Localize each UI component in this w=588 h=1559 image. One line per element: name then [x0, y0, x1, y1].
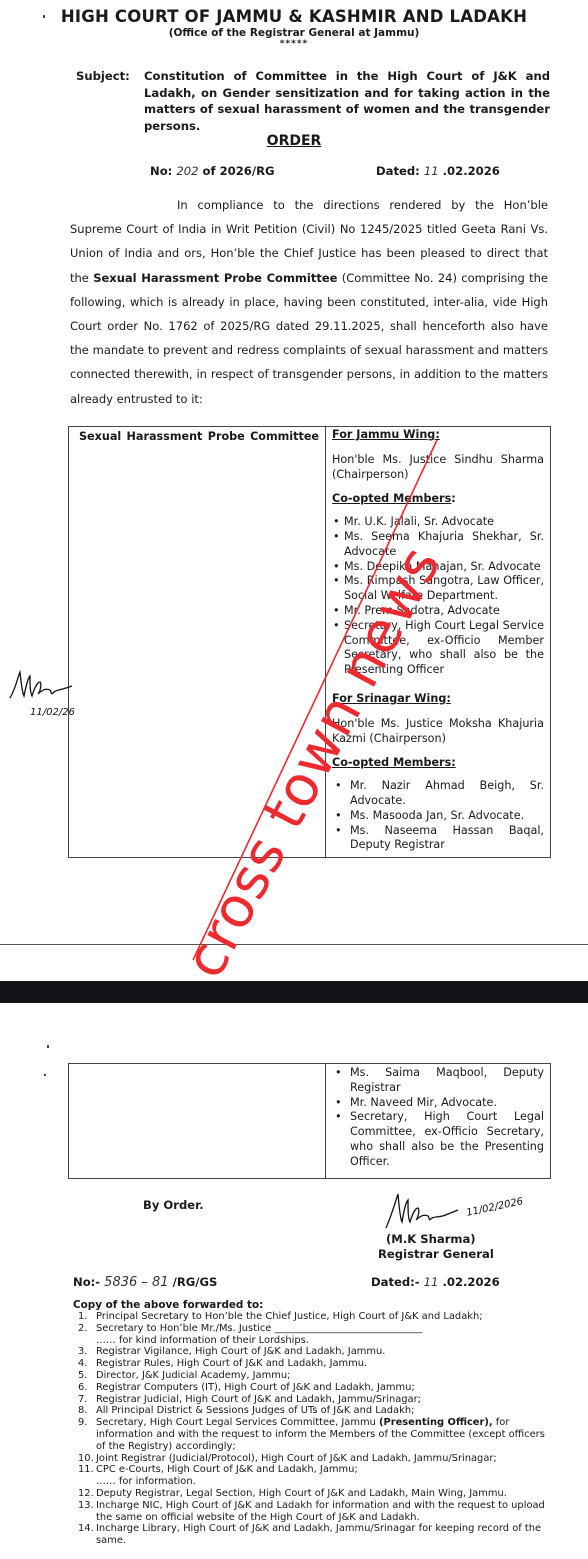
copy-recipient: …… for information. [76, 1476, 556, 1488]
copy-recipient-number: 10. [78, 1453, 94, 1465]
copy-recipient-number: 12. [78, 1488, 94, 1500]
endorsement-date: Dated:- 11 .02.2026 [371, 1275, 500, 1289]
copy-forwarded-heading: Copy of the above forwarded to: [73, 1299, 263, 1311]
copy-recipient: 8.All Principal District & Sessions Judg… [76, 1405, 556, 1417]
committee-name: Sexual Harassment Probe Committee [79, 429, 319, 444]
copy-recipient: 3.Registrar Vigilance, High Court of J&K… [76, 1346, 556, 1358]
copy-recipient-number: 11. [78, 1464, 94, 1476]
paragraph-text-2: (Committee No. 24) comprising the follow… [70, 271, 548, 406]
page-break-band [0, 981, 588, 1003]
endorsement-number: No:- 5836 – 81 /RG/GS [73, 1275, 217, 1290]
copy-recipient-number: 13. [78, 1500, 94, 1512]
copy-recipient-number: 2. [78, 1323, 87, 1335]
order-date-handwritten: 11 [424, 164, 439, 178]
subject-label: Subject: [76, 68, 144, 134]
scan-speck [43, 15, 45, 18]
copy-recipient: 13.Incharge NIC, High Court of J&K and L… [76, 1500, 556, 1524]
scan-speck [44, 1074, 46, 1076]
endorsement-number-handwritten: 5836 – 81 [104, 1275, 168, 1290]
order-number: No: 202 of 2026/RG [150, 164, 275, 178]
copy-recipient: 4.Registrar Rules, High Court of J&K and… [76, 1358, 556, 1370]
jammu-members-list: Mr. U.K. Jalali, Sr. AdvocateMs. Seema K… [332, 515, 544, 678]
endorsement-number-prefix: No:- [73, 1275, 100, 1289]
copy-recipient-number: 1. [78, 1311, 87, 1323]
copy-recipient-number: 3. [78, 1346, 87, 1358]
endorsement-date-prefix: Dated:- [371, 1275, 420, 1289]
copy-recipient-number: 8. [78, 1405, 87, 1417]
copy-recipient: 12.Deputy Registrar, Legal Section, High… [76, 1488, 556, 1500]
copy-recipient: 9.Secretary, High Court Legal Services C… [76, 1417, 556, 1452]
copy-recipient-number: 6. [78, 1382, 87, 1394]
copy-recipient-number: 5. [78, 1370, 87, 1382]
copy-recipient: 6.Registrar Computers (IT), High Court o… [76, 1382, 556, 1394]
srinagar-wing-heading: For Srinagar Wing: [332, 692, 544, 707]
srinagar-members-list: Mr. Nazir Ahmad Beigh, Sr. Advocate.Ms. … [332, 779, 544, 853]
srinagar-members-list-continued: Ms. Saima Maqbool, Deputy RegistrarMr. N… [332, 1066, 544, 1170]
subject-block: Subject: Constitution of Committee in th… [76, 68, 550, 134]
endorsement-number-suffix: /RG/GS [173, 1275, 218, 1289]
committee-members-cell: For Jammu Wing: Hon'ble Ms. Justice Sind… [326, 427, 551, 858]
paragraph-committee-name: Sexual Harassment Probe Committee [93, 271, 337, 285]
court-title: HIGH COURT OF JAMMU & KASHMIR AND LADAKH [0, 7, 588, 26]
committee-member: Secretary, High Court Legal Committee, e… [332, 1110, 544, 1169]
committee-member: Ms. Masooda Jan, Sr. Advocate. [332, 809, 544, 824]
endorsement-date-handwritten: 11 [424, 1275, 439, 1289]
committee-table: Sexual Harassment Probe Committee For Ja… [68, 426, 551, 858]
committee-members-cell-continued: Ms. Saima Maqbool, Deputy RegistrarMr. N… [326, 1064, 551, 1179]
page-divider-line [0, 944, 588, 945]
copy-recipient: 5.Director, J&K Judicial Academy, Jammu; [76, 1370, 556, 1382]
committee-member: Mr. U.K. Jalali, Sr. Advocate [332, 515, 544, 530]
order-date-suffix: .02.2026 [443, 164, 500, 178]
jammu-wing-heading: For Jammu Wing: [332, 428, 544, 443]
order-number-handwritten: 202 [176, 164, 198, 178]
committee-member: Secretary, High Court Legal Service Comm… [332, 619, 544, 678]
by-order: By Order. [143, 1198, 204, 1212]
order-number-prefix: No: [150, 164, 172, 178]
scan-speck [47, 1045, 49, 1048]
committee-member: Mr. Nazir Ahmad Beigh, Sr. Advocate. [332, 779, 544, 809]
committee-member: Ms. Naseema Hassan Baqal, Deputy Registr… [332, 824, 544, 854]
copy-recipient: 1.Principal Secretary to Hon’ble the Chi… [76, 1311, 556, 1323]
registrar-designation: Registrar General [378, 1247, 494, 1261]
endorsement-date-suffix: .02.2026 [442, 1275, 499, 1289]
srinagar-chairperson: Hon'ble Ms. Justice Moksha Khajuria Kazm… [332, 717, 544, 747]
committee-name-cell: Sexual Harassment Probe Committee [69, 427, 326, 858]
header-stars: ***** [0, 39, 588, 49]
margin-initials-date: 11/02/26 [30, 707, 75, 718]
srinagar-coopted-heading: Co-opted Members: [332, 756, 544, 771]
order-heading: ORDER [0, 133, 588, 149]
copy-forwarded-list: 1.Principal Secretary to Hon’ble the Chi… [76, 1311, 556, 1547]
copy-recipient-number: 14. [78, 1523, 94, 1535]
copy-recipient: 7.Registrar Judicial, High Court of J&K … [76, 1394, 556, 1406]
committee-member: Ms. Saima Maqbool, Deputy Registrar [332, 1066, 544, 1096]
jammu-chairperson: Hon'ble Ms. Justice Sindhu Sharma (Chair… [332, 453, 544, 483]
registrar-name: (M.K Sharma) [386, 1232, 476, 1246]
order-date: Dated: 11 .02.2026 [376, 164, 500, 178]
copy-recipient: 10.Joint Registrar (Judicial/Protocol), … [76, 1453, 556, 1465]
committee-member: Mr. Naveed Mir, Advocate. [332, 1096, 544, 1111]
copy-recipient-number: 9. [78, 1417, 87, 1429]
committee-member: Ms. Seema Khajuria Shekhar, Sr. Advocate [332, 530, 544, 560]
order-date-prefix: Dated: [376, 164, 420, 178]
copy-recipient: 2.Secretary to Hon’ble Mr./Ms. Justice _… [76, 1323, 556, 1335]
copy-recipient-number: 4. [78, 1358, 87, 1370]
copy-recipient-number: 7. [78, 1394, 87, 1406]
order-number-suffix: of 2026/RG [203, 164, 275, 178]
committee-member: Ms. Rimpash Sangotra, Law Officer, Socia… [332, 574, 544, 604]
registrar-signature [382, 1190, 462, 1234]
committee-table-continued: Ms. Saima Maqbool, Deputy RegistrarMr. N… [68, 1063, 551, 1179]
committee-name-cell-empty [69, 1064, 326, 1179]
copy-recipient: …… for kind information of their Lordshi… [76, 1335, 556, 1347]
order-paragraph: In compliance to the directions rendered… [70, 193, 548, 411]
committee-member: Ms. Deepika Mahajan, Sr. Advocate [332, 560, 544, 575]
copy-recipient: 14.Incharge Library, High Court of J&K a… [76, 1523, 556, 1547]
subject-text: Constitution of Committee in the High Co… [144, 68, 550, 134]
copy-recipient: 11.CPC e-Courts, High Court of J&K and L… [76, 1464, 556, 1476]
jammu-coopted-heading: Co-opted Members: [332, 492, 544, 507]
office-subtitle: (Office of the Registrar General at Jamm… [0, 27, 588, 39]
signature-date: 11/02/2026 [465, 1196, 524, 1219]
committee-member: Mr. Prem Sadotra, Advocate [332, 604, 544, 619]
